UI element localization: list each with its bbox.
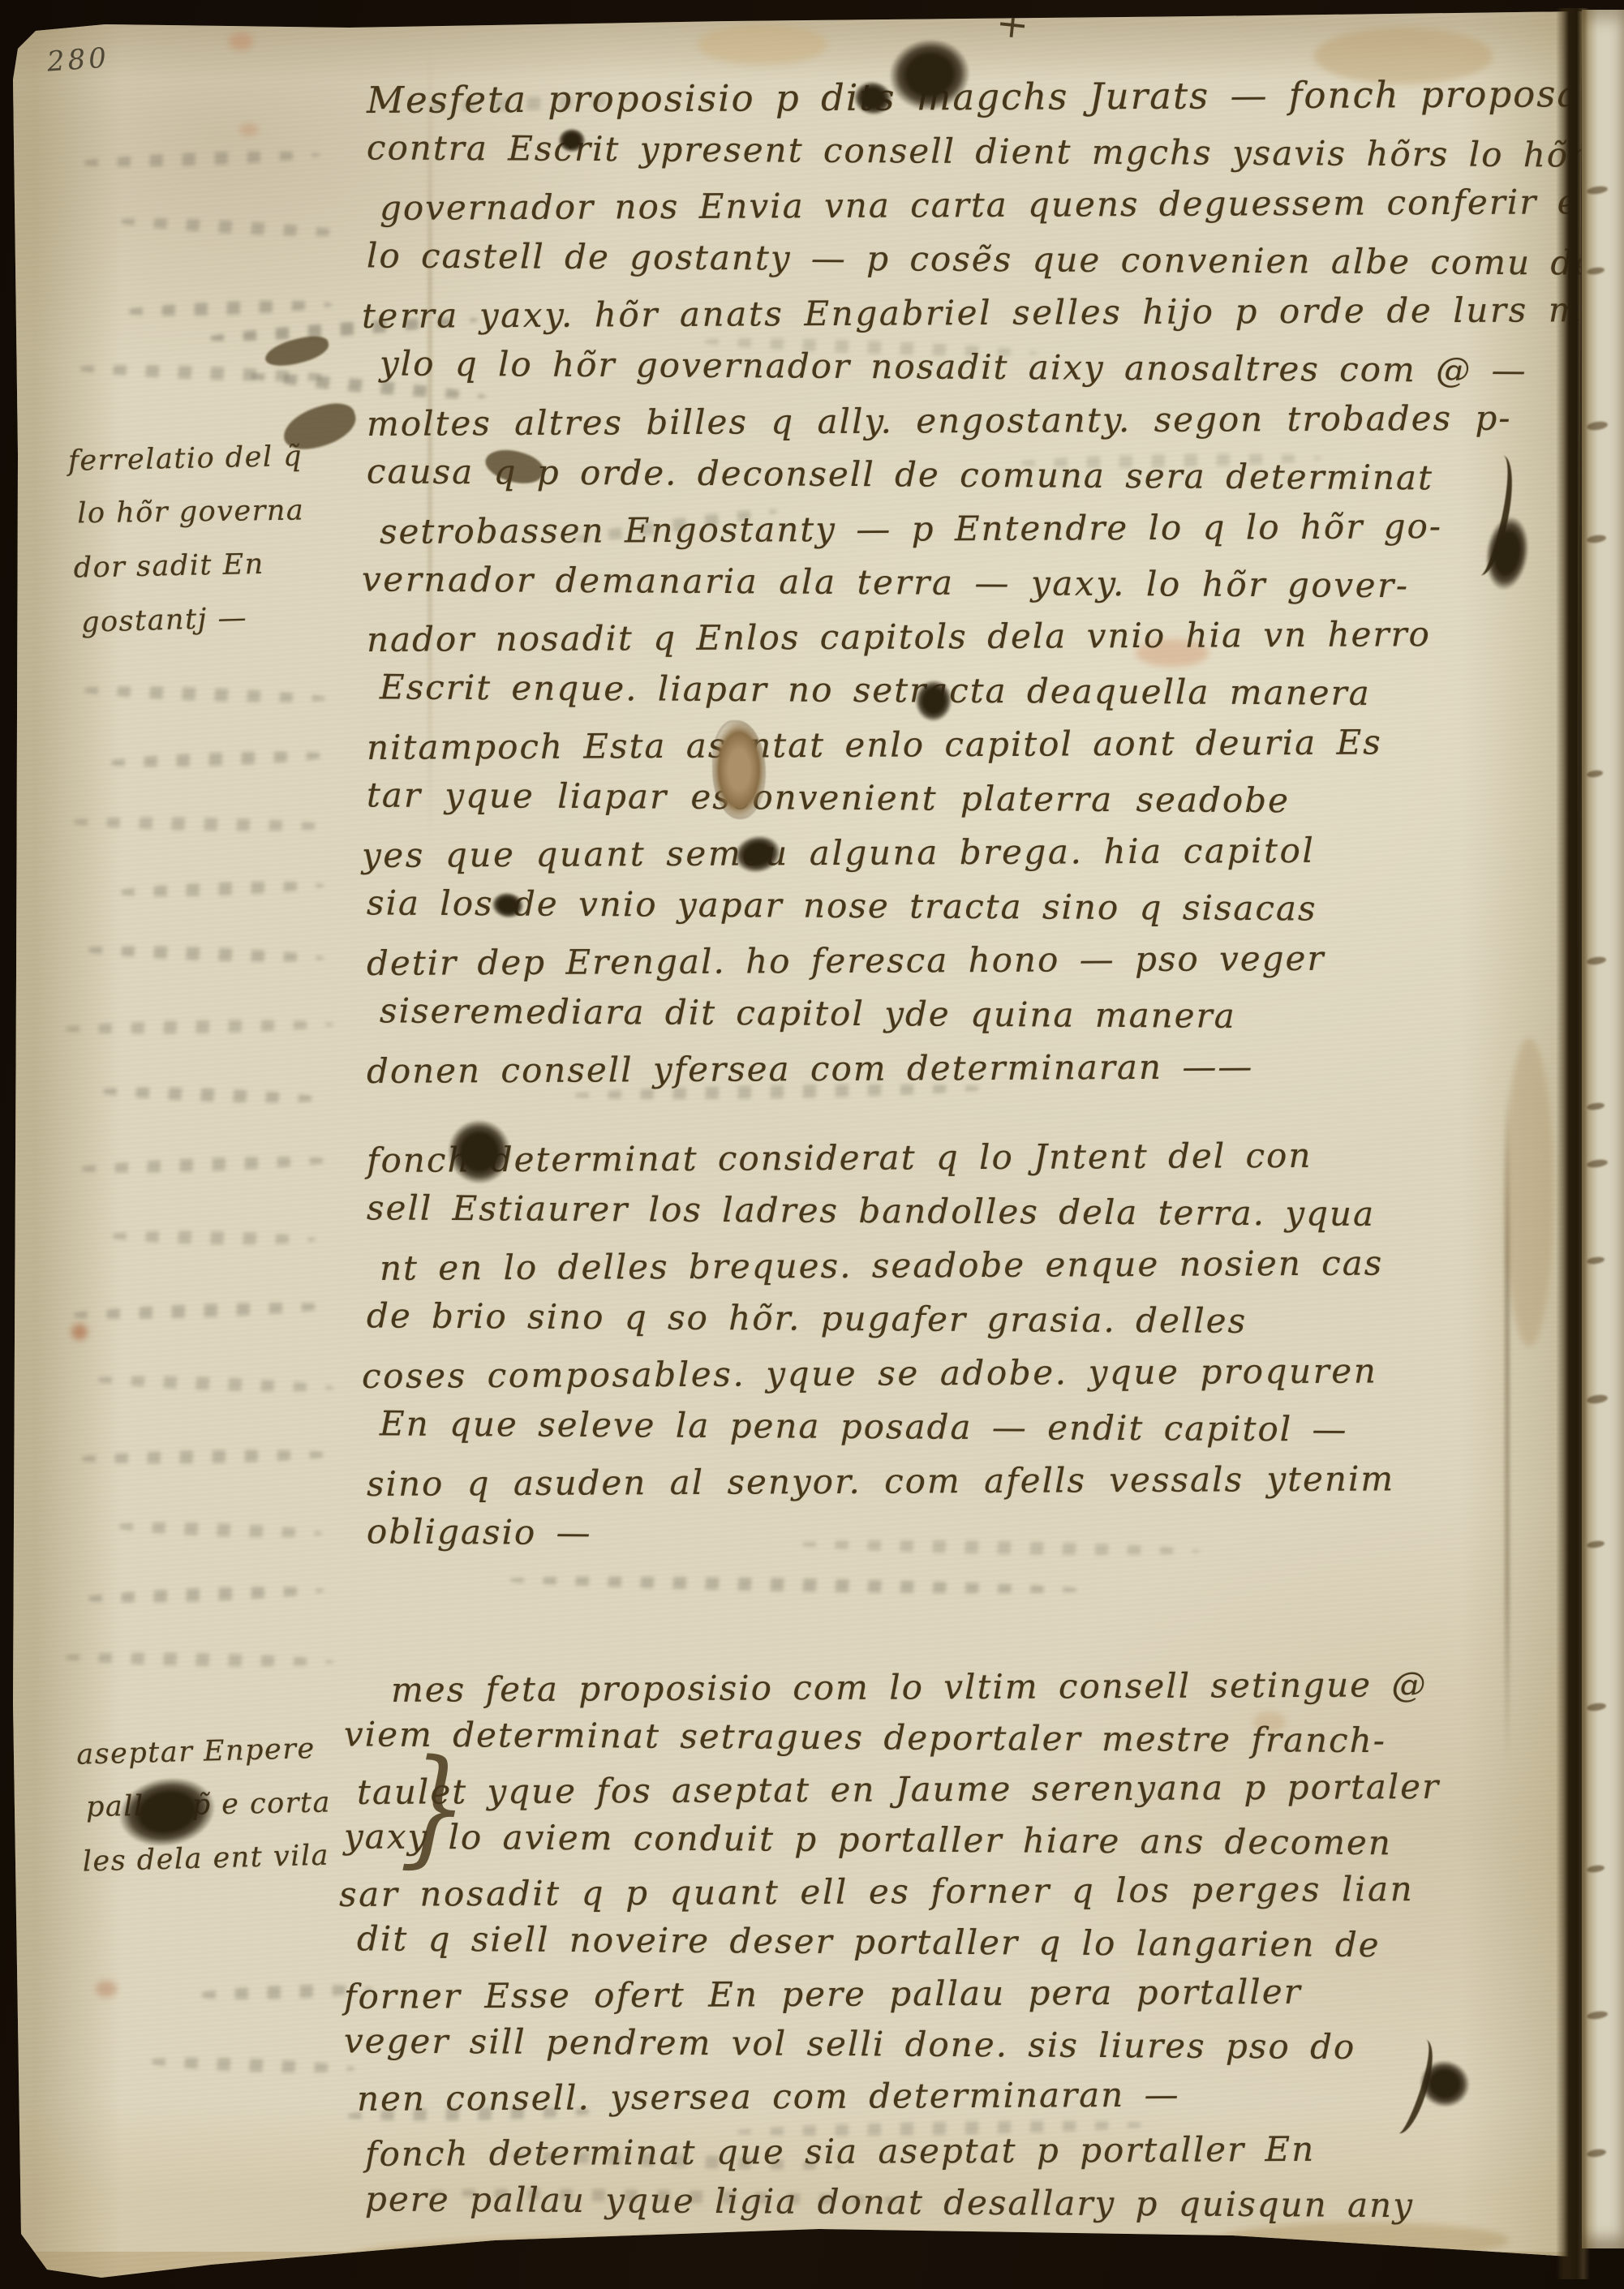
sliver-mark-mark: [1587, 267, 1605, 276]
streak-mark: [75, 1448, 334, 1466]
sliver-mark-mark: [1587, 2010, 1609, 2021]
sliver-mark-mark: [1587, 1540, 1605, 1549]
manuscript-line: En que seleve la pena posada — endit cap…: [380, 1397, 1600, 1458]
sliver-mark-mark: [1586, 2148, 1606, 2158]
streak-mark: [81, 1584, 324, 1605]
manuscript-line: sell Estiaurer los ladres bandolles dela…: [367, 1181, 1600, 1243]
manuscript-line: moltes altres billes q ally. engostanty.…: [367, 391, 1600, 451]
margin-note-line: dor sadit En: [73, 535, 363, 595]
manuscript-line: fonch determinat considerat q lo Jntent …: [367, 1127, 1600, 1187]
manuscript-line: nt en lo delles breques. seadobe enque n…: [380, 1235, 1600, 1295]
sliver-mark-mark: [1587, 1865, 1605, 1874]
manuscript-line: pere pallau yque ligia donat desallary p…: [365, 2173, 1598, 2232]
streak-mark: [96, 1084, 323, 1106]
manuscript-line: terra yaxy. hõr anats Engabriel selles h…: [362, 283, 1600, 343]
sliver-mark-mark: [1587, 1102, 1605, 1111]
manuscript-line: Escrit enque. liapar no setracta deaquel…: [380, 660, 1600, 722]
manuscript-line: sino q asuden al senyor. com afells vess…: [367, 1451, 1600, 1511]
manuscript-line: sar nosadit q p quant ell es forner q lo…: [339, 1862, 1577, 1920]
manuscript-line: yes que quant semou alguna brega. hia ca…: [362, 822, 1600, 883]
sliver-mark-mark: [1586, 534, 1606, 543]
streak-mark: [67, 815, 334, 833]
sliver-mark-mark: [1586, 1394, 1608, 1405]
cross-mark: +: [994, 0, 1031, 49]
manuscript-line: de brio sino q so hõr. pugafer grasia. d…: [367, 1289, 1600, 1351]
streak-mark: [58, 1018, 334, 1036]
manuscript-line: lo castell de gostanty — p cosẽs que con…: [367, 229, 1600, 290]
manuscript-line: Mesfeta proposisio p dits magchs Jurats …: [367, 67, 1600, 127]
manuscript-photo: 280 + ferrelatio del q̃lo hõr governador…: [0, 0, 1624, 2289]
paragraph-proposicio-portaler: mes feta proposisio com lo vltim consell…: [344, 1661, 1577, 2121]
streak-mark: [58, 1651, 334, 1668]
streak-mark: [105, 1230, 316, 1247]
paragraph-fonch-determinat-1: fonch determinat considerat q lo Jntent …: [367, 1131, 1600, 1562]
streak-mark: [104, 749, 331, 770]
streak-mark: [67, 1299, 334, 1322]
margin-note-line: aseptar Enpere: [75, 1720, 369, 1781]
streak-mark: [77, 684, 329, 706]
manuscript-line: fonch determinat que sia aseptat p porta…: [365, 2122, 1598, 2180]
manuscript-line: sia los de vnio yapar nose tracta sino q…: [367, 876, 1600, 938]
manuscript-line: contra Escrit ypresent consell dient mgc…: [367, 121, 1600, 183]
sliver-mark-mark: [1586, 956, 1606, 965]
manuscript-line: nitampoch Esta asentat enlo capitol aont…: [367, 715, 1600, 775]
manuscript-line: siseremediara dit capitol yde quina mane…: [380, 984, 1600, 1046]
manuscript-line: obligasio —: [367, 1505, 1600, 1566]
stain-mark: [229, 32, 253, 50]
streak-mark: [114, 214, 349, 239]
sliver-mark-mark: [1586, 420, 1608, 432]
sliver-mark-mark: [1587, 185, 1609, 195]
ink-flourish: [860, 2250, 957, 2265]
sliver-mark-mark: [1587, 1256, 1605, 1265]
manuscript-line: governador nos Envia vna carta quens deg…: [380, 175, 1600, 235]
margin-note-relacio: ferrelatio del q̃lo hõr governador sadit…: [67, 428, 363, 648]
manuscript-line: veger sill pendrem vol selli done. sis l…: [344, 2015, 1577, 2073]
margin-note-line: lo hõr governa: [77, 483, 362, 540]
manuscript-line: mes feta proposisio com lo vltim consell…: [391, 1658, 1577, 1716]
stain-mark: [71, 1324, 88, 1340]
manuscript-line: forner Esse ofert En pere pallau pera po…: [344, 1965, 1577, 2022]
ink-flourish: [815, 2235, 977, 2251]
margin-note-line: gostantj —: [80, 588, 364, 650]
streak-mark: [91, 1373, 334, 1394]
margin-note-line: les dela ent vila: [82, 1827, 372, 1888]
stain-mark: [96, 1981, 117, 1997]
folio-number: 280: [46, 41, 111, 78]
sliver-mark-mark: [1586, 1702, 1606, 1711]
streak-mark: [503, 1574, 1087, 1597]
manuscript-line: yaxy lo aviem conduit p portaller hiare …: [344, 1810, 1577, 1869]
streak-mark: [144, 2055, 355, 2075]
streak-mark: [112, 1519, 323, 1540]
manuscript-line: setrobassen Engostanty — p Entendre lo q…: [380, 499, 1600, 559]
manuscript-line: ylo q lo hõr governador nosadit aixy ano…: [380, 337, 1600, 398]
sliver-mark-mark: [1587, 770, 1604, 779]
manuscript-line: causa q p orde. deconsell de comuna sera…: [367, 444, 1600, 506]
streak-mark: [114, 878, 324, 899]
sliver-mark-mark: [1587, 1158, 1609, 1169]
streak-mark: [81, 943, 324, 964]
paragraph-proposicio-governador: Mesfeta proposisio p dits magchs Jurats …: [367, 71, 1600, 1096]
streak-mark: [77, 148, 320, 170]
manuscript-line: coses composables. yque se adobe. yque p…: [362, 1343, 1600, 1403]
streak-mark: [122, 298, 333, 318]
stain-mark: [239, 123, 259, 136]
next-page-edge: [1582, 10, 1624, 2248]
manuscript-line: tar yque liapar esconvenient platerra se…: [367, 768, 1600, 830]
manuscript-line: nador nosadit q Enlos capitols dela vnio…: [367, 607, 1600, 667]
manuscript-line: viem determinat setragues deportaler mes…: [344, 1708, 1577, 1767]
manuscript-line: dit q siell noveire deser portaller q lo…: [357, 1913, 1577, 1971]
streak-mark: [73, 362, 341, 384]
manuscript-line: donen consell yfersea com determinaran —…: [367, 1038, 1600, 1098]
stain-mark: [698, 24, 827, 65]
paragraph-fonch-determinat-2: fonch determinat que sia aseptat p porta…: [365, 2125, 1598, 2229]
streak-mark: [75, 1153, 334, 1175]
manuscript-page: 280 + ferrelatio del q̃lo hõr governador…: [0, 0, 1582, 2289]
manuscript-line: detir dep Erengal. ho feresca hono — pso…: [367, 930, 1600, 990]
manuscript-line: taulet yque fos aseptat en Jaume serenya…: [357, 1760, 1577, 1818]
manuscript-line: vernador demanaria ala terra — yaxy. lo …: [362, 552, 1600, 614]
stain-mark: [349, 2237, 917, 2278]
